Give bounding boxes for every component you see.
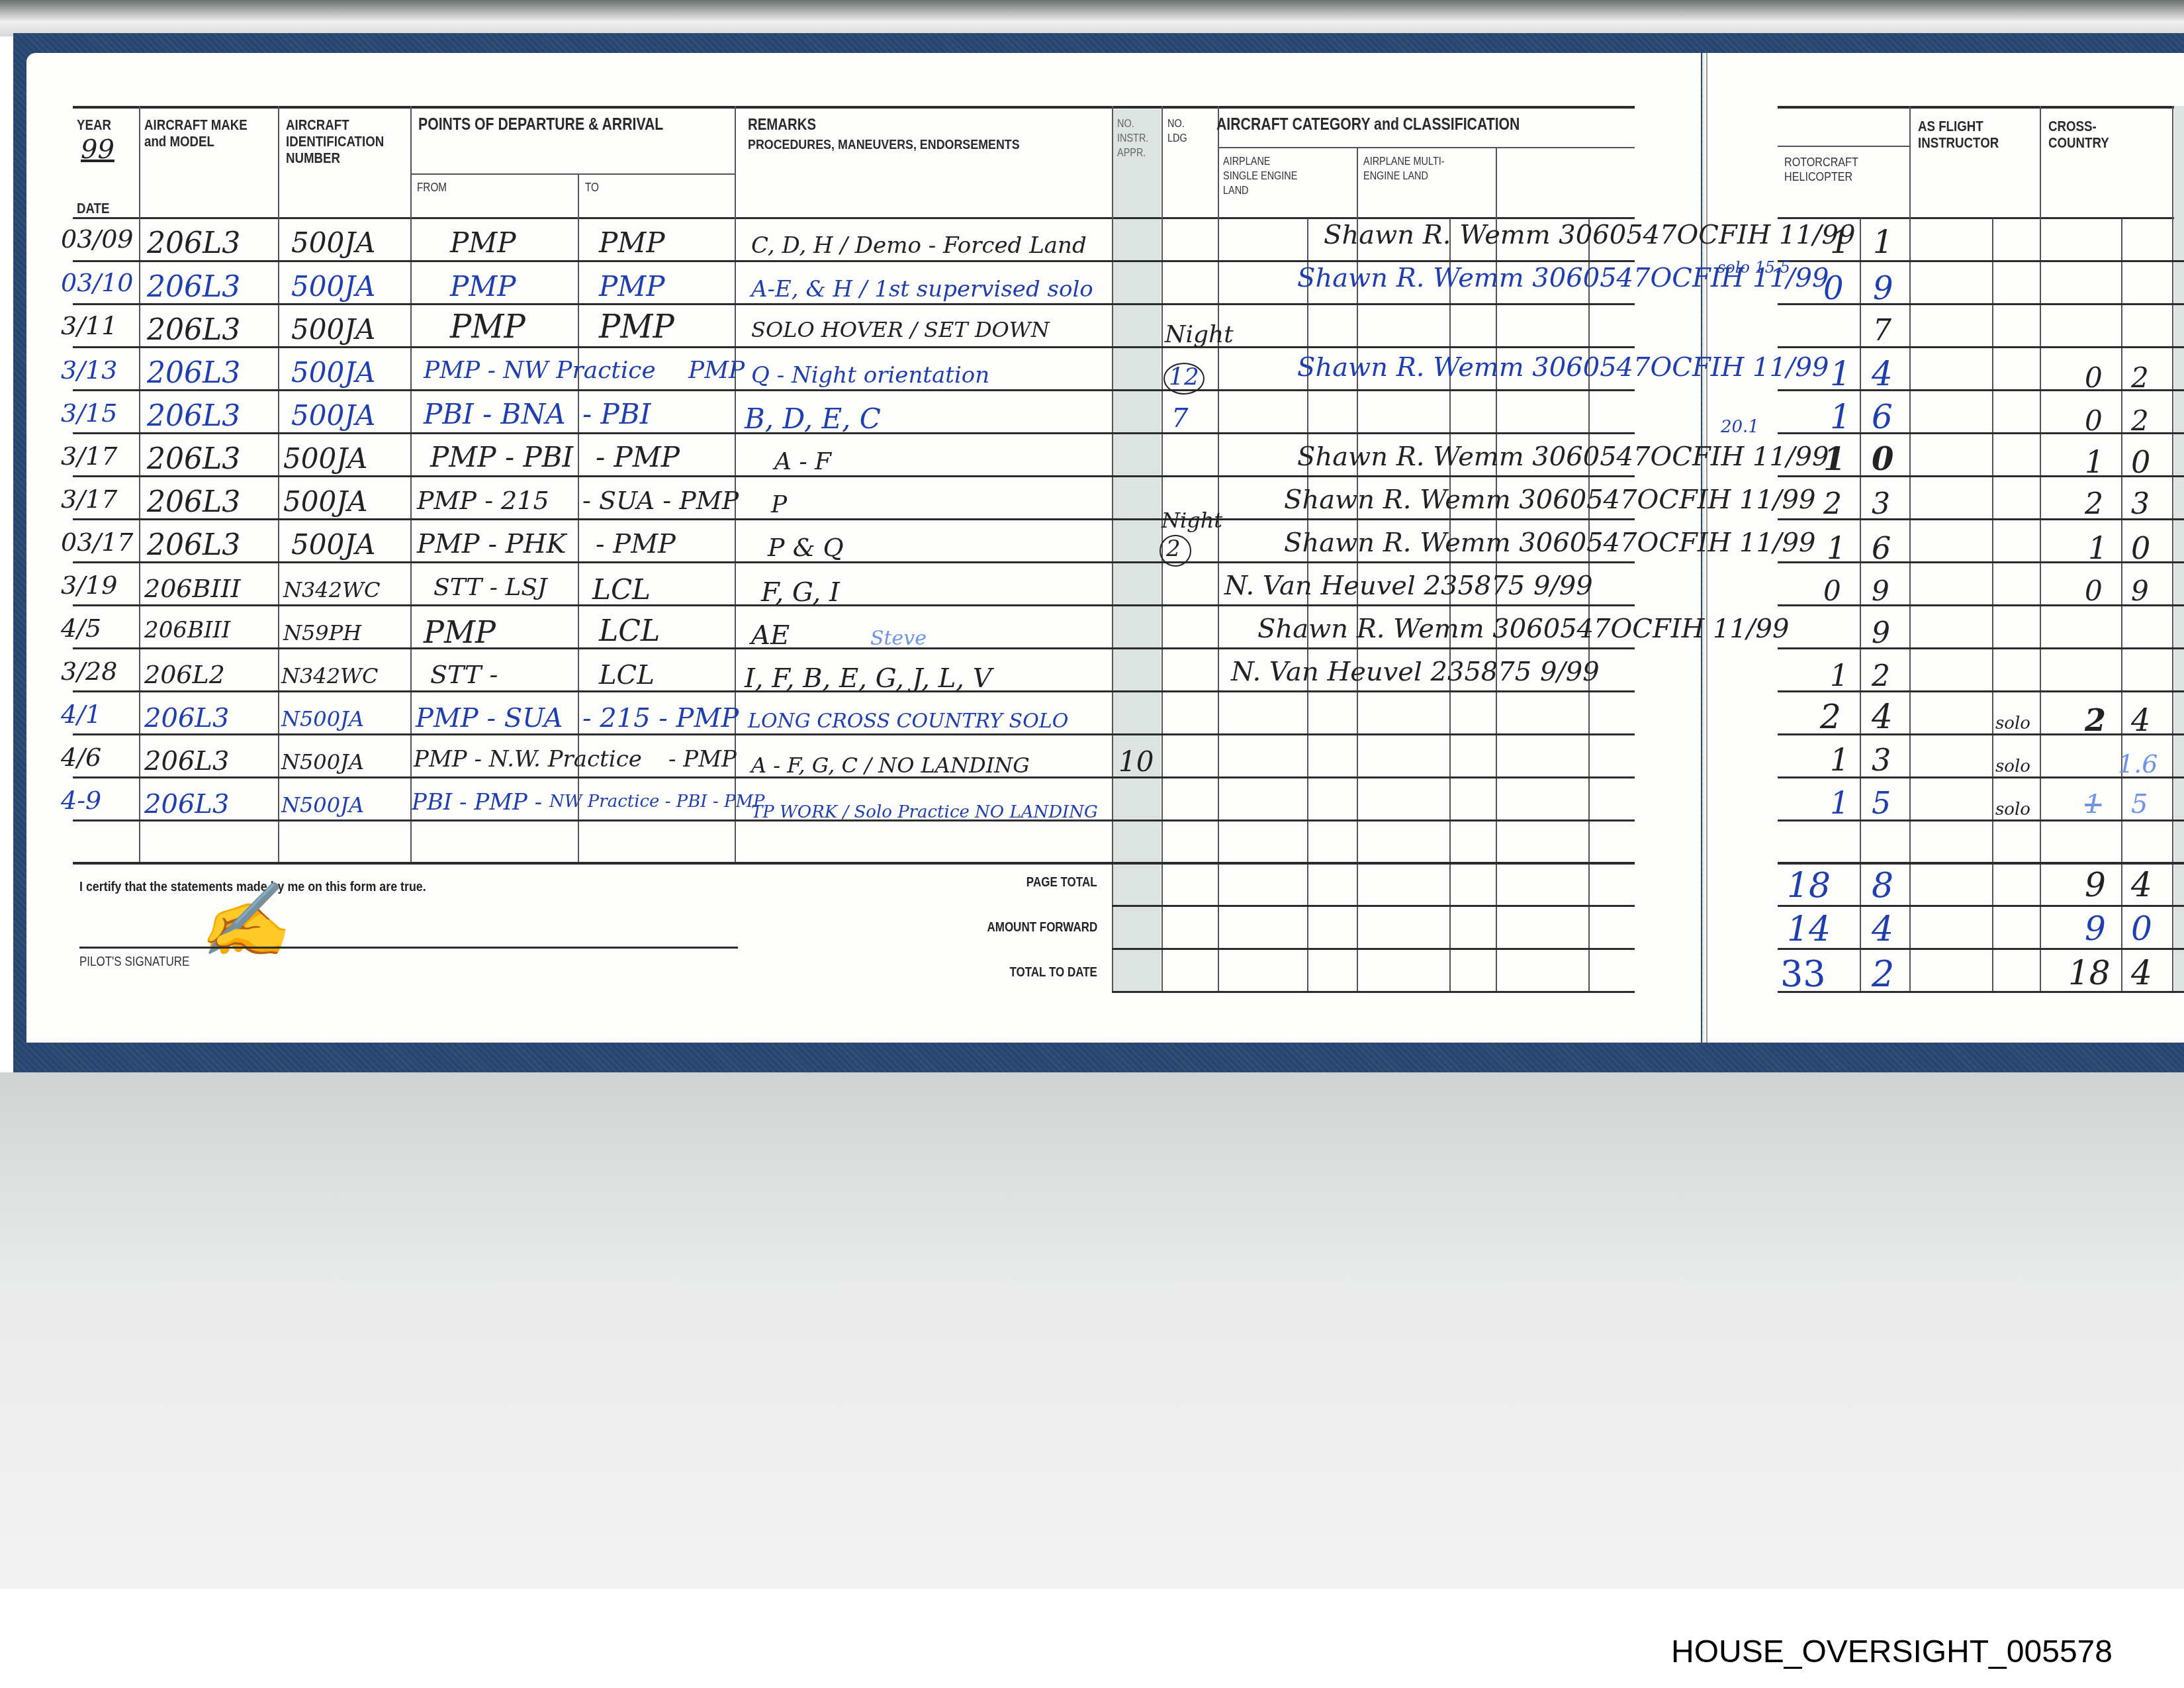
row-date: 3/28 (61, 659, 117, 684)
total-rule (1112, 905, 1635, 907)
row-ident: 500JA (283, 488, 367, 516)
row-from: PMP - SUA (416, 705, 563, 731)
heli-hours: 2 (1820, 700, 1841, 733)
heli-tenths: 9 (1872, 619, 1890, 648)
instructor-endorsement: N. Van Heuvel 235875 9/99 (1224, 573, 1593, 599)
instr-appr-column-shade (1113, 109, 1161, 993)
margin-note: solo 15.5 (1717, 259, 1790, 275)
row-ident: N59PH (283, 622, 361, 643)
row-date: 03/09 (61, 226, 134, 252)
row-rule (73, 475, 1635, 477)
row-from: STT - LSJ (433, 576, 547, 600)
row-rule (73, 303, 1635, 305)
heli-hours: 1 (1830, 357, 1851, 391)
heli-hours: 2 (1823, 490, 1842, 519)
row-make: 206L3 (144, 748, 229, 774)
row-from: PMP (424, 617, 496, 647)
row-remarks: P (771, 493, 787, 517)
row-instr-appr: 10 (1118, 748, 1154, 776)
row-ident: 500JA (283, 445, 367, 473)
heli-tenths: 9 (1872, 577, 1889, 605)
xc-tenths: 3 (2131, 490, 2150, 519)
instructor-endorsement: Shawn R. Wemm 3060547OCFIH 11/99 (1297, 444, 1829, 470)
row-ident: 500JA (291, 316, 375, 344)
instructor-note: solo (1995, 801, 2030, 818)
right-edge-shade (2174, 106, 2184, 993)
heli-hours: 1 (1830, 745, 1849, 775)
row-to: PMP (599, 311, 674, 343)
row-rule (73, 647, 1635, 649)
xc-hours: 0 (2085, 577, 2103, 605)
asel-label: AIRPLANE SINGLE ENGINE LAND (1223, 154, 1308, 198)
row-make: 206L2 (144, 662, 225, 687)
xc-hours: 1 (2088, 533, 2107, 563)
row-date: 4/6 (61, 745, 101, 770)
page-total-heli-tenths: 8 (1872, 868, 1893, 903)
row-ldg: Night (1165, 323, 1234, 347)
heli-tenths: 2 (1872, 662, 1890, 691)
heli-tenths: 6 (1872, 400, 1893, 434)
row-to: PMP (599, 273, 665, 301)
aircraft-make-label: AIRCRAFT MAKE and MODEL (144, 117, 268, 150)
row-remarks: B, D, E, C (745, 405, 881, 433)
col-divider (1218, 106, 1219, 993)
page-total-label: PAGE TOTAL (1026, 875, 1097, 890)
heli-tenths: 1 (1873, 226, 1893, 258)
row-date: 3/17 (61, 487, 117, 512)
year-value: 99 (81, 136, 114, 163)
row-make: 206BIII (144, 619, 230, 641)
instructor-endorsement: Shawn R. Wemm 3060547OCFIH 11/99 (1284, 530, 1815, 556)
bates-stamp: HOUSE_OVERSIGHT_005578 (1671, 1634, 2113, 1670)
row-rule (73, 862, 1635, 865)
row-ldg: 2 (1166, 538, 1181, 560)
row-ldg: 7 (1171, 405, 1188, 432)
date-label: DATE (77, 200, 110, 216)
row-to: - SUA - PMP (582, 488, 739, 513)
row-rule (73, 561, 1635, 563)
heli-tenths: 0 (1872, 444, 1893, 475)
total-to-date-heli-tenths: 2 (1872, 957, 1894, 992)
right-subheader-rule (1778, 146, 1910, 147)
row-to: LCL (599, 617, 660, 646)
row-from: PMP - NW Practice (424, 359, 656, 383)
amount-forward-heli-hours: 14 (1787, 912, 1831, 947)
row-remarks: TP WORK / Solo Practice NO LANDING (751, 798, 1109, 827)
row-rule (73, 389, 1635, 391)
xc-hours: 0 (2085, 364, 2103, 392)
row-rule (73, 518, 1635, 520)
right-header-bottom-rule (1778, 217, 2184, 219)
amount-forward-heli-tenths: 4 (1872, 912, 1893, 947)
row-remarks: LONG CROSS COUNTRY SOLO (748, 712, 1068, 731)
row-from: PMP (450, 273, 516, 301)
row-from: PMP - PBI (430, 444, 573, 471)
heli-hours: 0 (1823, 577, 1841, 605)
row-make: 206L3 (147, 359, 240, 388)
xc-tenths: 9 (2131, 577, 2149, 605)
row-ident: 500JA (291, 359, 375, 387)
flight-instructor-label: AS FLIGHT INSTRUCTOR (1918, 118, 1997, 151)
xc-hours: 1 (2085, 791, 2101, 818)
row-rule (1778, 647, 2184, 649)
heli-hours: 1 (1827, 533, 1846, 563)
heli-hours: 1 (1830, 226, 1850, 258)
heli-tenths: 4 (1872, 357, 1893, 391)
col-divider (1112, 106, 1113, 993)
row-remarks: AE (751, 622, 790, 649)
row-make: 206L3 (144, 705, 229, 731)
col-divider (1909, 106, 1911, 993)
col-divider (2040, 106, 2041, 993)
points-subheader-rule (410, 173, 735, 175)
row-remarks: SOLO HOVER / SET DOWN (751, 319, 1050, 340)
heli-hours: 1 (1830, 788, 1849, 818)
row-ident: N342WC (281, 665, 378, 686)
row-rule (1778, 991, 2184, 993)
row-make: 206L3 (144, 791, 229, 818)
header-top-rule (73, 106, 1635, 109)
margin-note: 20.1 (1721, 418, 1759, 436)
row-to: - PMP (596, 531, 676, 557)
xc-hours: 2 (2085, 490, 2103, 519)
instructor-endorsement: Shawn R. Wemm 3060547OCFIH 11/99 (1297, 354, 1829, 381)
row-remarks: A-E, & H / 1st supervised solo (751, 278, 1093, 301)
row-ident: 500JA (291, 273, 375, 301)
right-header-top-rule (1778, 106, 2184, 109)
xc-hours: 2 (2085, 705, 2106, 735)
heli-hours: 0 (1823, 273, 1844, 305)
total-to-date-xc-hours: 18 (2068, 957, 2111, 990)
row-make: 206L3 (147, 316, 240, 345)
row-date: 4-9 (61, 788, 101, 813)
row-from: STT - (430, 662, 498, 687)
row-from: PBI - PMP - (412, 791, 542, 814)
row-remarks: I, F, B, E, G, J, L, V (745, 665, 992, 692)
pilot-signature-label: PILOT'S SIGNATURE (79, 955, 189, 969)
row-date: 03/17 (61, 530, 134, 555)
row-remarks: A - F, G, C / NO LANDING (751, 755, 1030, 776)
row-date: 3/13 (61, 357, 117, 383)
row-make: 206L3 (147, 445, 240, 474)
aircraft-id-label: AIRCRAFT IDENTIFICATION NUMBER (286, 117, 398, 166)
row-date: 3/17 (61, 444, 117, 469)
row-rule (1778, 948, 2184, 950)
row-remarks-extra: Steve (870, 629, 927, 649)
total-to-date-heli-hours: 33 (1780, 957, 1826, 992)
row-ident: N500JA (281, 751, 364, 773)
row-to: PMP (599, 229, 665, 257)
row-to: - PMP (668, 748, 737, 771)
row-to: - PMP (596, 444, 680, 471)
amount-forward-xc-tenths: 0 (2131, 912, 2152, 945)
row-to: LCL (592, 576, 651, 604)
rotorcraft-label: ROTORCRAFT HELICOPTER (1784, 156, 1863, 185)
heli-hours: 1 (1823, 444, 1845, 475)
row-date: 3/15 (61, 400, 117, 426)
row-ident: 500JA (291, 229, 375, 257)
row-make: 206L3 (147, 402, 240, 431)
xc-tenths: 0 (2131, 533, 2150, 563)
total-rule (1112, 991, 1635, 993)
row-rule (73, 733, 1635, 735)
page-total-xc-hours: 9 (2085, 868, 2106, 902)
heli-tenths: 9 (1873, 273, 1893, 305)
row-from: PMP (450, 229, 516, 257)
row-remarks: P & Q (768, 535, 844, 560)
cross-country-label: CROSS-COUNTRY (2048, 118, 2116, 151)
year-label: YEAR (77, 117, 111, 133)
col-divider (2172, 106, 2173, 993)
xc-tenths: 5 (2131, 791, 2148, 818)
row-from: PMP - 215 (417, 488, 549, 513)
xc-hours: 1 (2085, 447, 2104, 477)
col-divider (278, 106, 279, 864)
heli-tenths: 6 (1872, 533, 1891, 563)
row-ldg-note: Night (1161, 510, 1222, 531)
total-to-date-xc-tenths: 4 (2131, 957, 2152, 990)
points-label: POINTS OF DEPARTURE & ARRIVAL (418, 117, 663, 133)
from-label: FROM (417, 180, 447, 195)
row-rule (1778, 862, 2184, 865)
instructor-endorsement: Shawn R. Wemm 3060547OCFIH 11/99 (1257, 616, 1789, 642)
row-make: 206L3 (147, 229, 240, 258)
row-make: 206L3 (147, 531, 240, 560)
header-bottom-rule (73, 217, 1635, 219)
xc-tenths: 0 (2131, 447, 2150, 477)
xc-tenths: 2 (2131, 364, 2149, 392)
row-date: 3/11 (61, 313, 117, 338)
heli-tenths: 3 (1872, 745, 1891, 775)
row-rule (73, 260, 1635, 262)
xc-tenths: 4 (2131, 705, 2150, 735)
row-ident: 500JA (291, 402, 375, 430)
row-ident: N500JA (281, 708, 364, 729)
row-date: 3/19 (61, 573, 117, 598)
row-rule (1778, 905, 2184, 907)
row-from: PMP - N.W. Practice (414, 748, 642, 771)
row-to: LCL (599, 662, 655, 688)
to-label: TO (585, 180, 599, 195)
row-to: PMP (688, 359, 745, 383)
row-to: - 215 - PMP (582, 705, 739, 731)
row-make: 206L3 (147, 488, 240, 517)
amount-forward-xc-hours: 9 (2085, 912, 2106, 945)
xc-hours: 0 (2085, 407, 2103, 435)
row-from: PMP (450, 311, 525, 343)
total-rule (1112, 948, 1635, 950)
amount-forward-label: AMOUNT FORWARD (987, 920, 1097, 935)
pilot-signature: ✍ (199, 884, 289, 957)
scanner-background (0, 1072, 2184, 1589)
scanned-logbook: YEAR 99 DATE AIRCRAFT MAKE and MODEL AIR… (0, 0, 2184, 1589)
row-from: PBI - BNA (424, 400, 566, 428)
page-total-heli-hours: 18 (1787, 868, 1831, 903)
amel-label: AIRPLANE MULTI-ENGINE LAND (1363, 154, 1448, 183)
instructor-endorsement: Shawn R. Wemm 3060547OCFIH 11/99 (1324, 222, 1855, 248)
row-rule (1778, 346, 2184, 348)
row-to: NW Practice - PBI - PMP (549, 793, 765, 810)
row-rule (73, 346, 1635, 348)
row-date: 4/5 (61, 616, 101, 641)
row-from: PMP - PHK (417, 531, 566, 557)
row-to: - PBI (582, 400, 651, 428)
category-label: AIRCRAFT CATEGORY and CLASSIFICATION (1216, 117, 1520, 133)
category-subheader-rule (1218, 147, 1635, 148)
page-total-xc-tenths: 4 (2131, 868, 2152, 902)
instructor-endorsement: N. Van Heuvel 235875 9/99 (1231, 659, 1600, 685)
remarks-label: REMARKS (748, 117, 816, 133)
heli-tenths: 7 (1873, 316, 1891, 346)
row-make: 206BIII (144, 576, 241, 601)
instructor-endorsement: Shawn R. Wemm 3060547OCFIH 11/99 (1284, 487, 1815, 513)
col-divider (410, 106, 412, 864)
remarks-sub-label: PROCEDURES, MANEUVERS, ENDORSEMENTS (748, 136, 1020, 153)
signature-line (79, 947, 738, 949)
row-remarks: A - F (774, 450, 831, 474)
row-remarks: C, D, H / Demo - Forced Land (751, 234, 1087, 257)
row-ldg: 12 (1169, 365, 1199, 389)
row-date: 03/10 (61, 270, 134, 295)
row-rule (73, 604, 1635, 606)
instructor-note: solo (1995, 715, 2030, 732)
instr-appr-label: NO. INSTR. APPR. (1117, 117, 1162, 160)
xc-value: 1.6 (2118, 751, 2158, 776)
row-ident: 500JA (291, 531, 375, 559)
ldg-label: NO. LDG (1167, 117, 1201, 146)
row-ident: N500JA (281, 794, 364, 816)
heli-tenths: 5 (1872, 788, 1891, 818)
row-remarks: F, G, I (761, 579, 840, 606)
row-make: 206L3 (147, 273, 240, 302)
col-divider (139, 106, 140, 864)
heli-tenths: 3 (1872, 490, 1890, 519)
row-date: 4/1 (61, 702, 101, 727)
row-remarks: Q - Night orientation (751, 364, 989, 387)
scanner-edge (0, 0, 2184, 36)
instructor-note: solo (1995, 758, 2030, 775)
xc-tenths: 2 (2131, 407, 2149, 435)
total-to-date-label: TOTAL TO DATE (1009, 965, 1097, 980)
row-ident: N342WC (283, 579, 380, 600)
heli-tenths: 4 (1872, 700, 1893, 733)
heli-hours: 1 (1830, 662, 1848, 691)
heli-hours: 1 (1830, 400, 1851, 434)
